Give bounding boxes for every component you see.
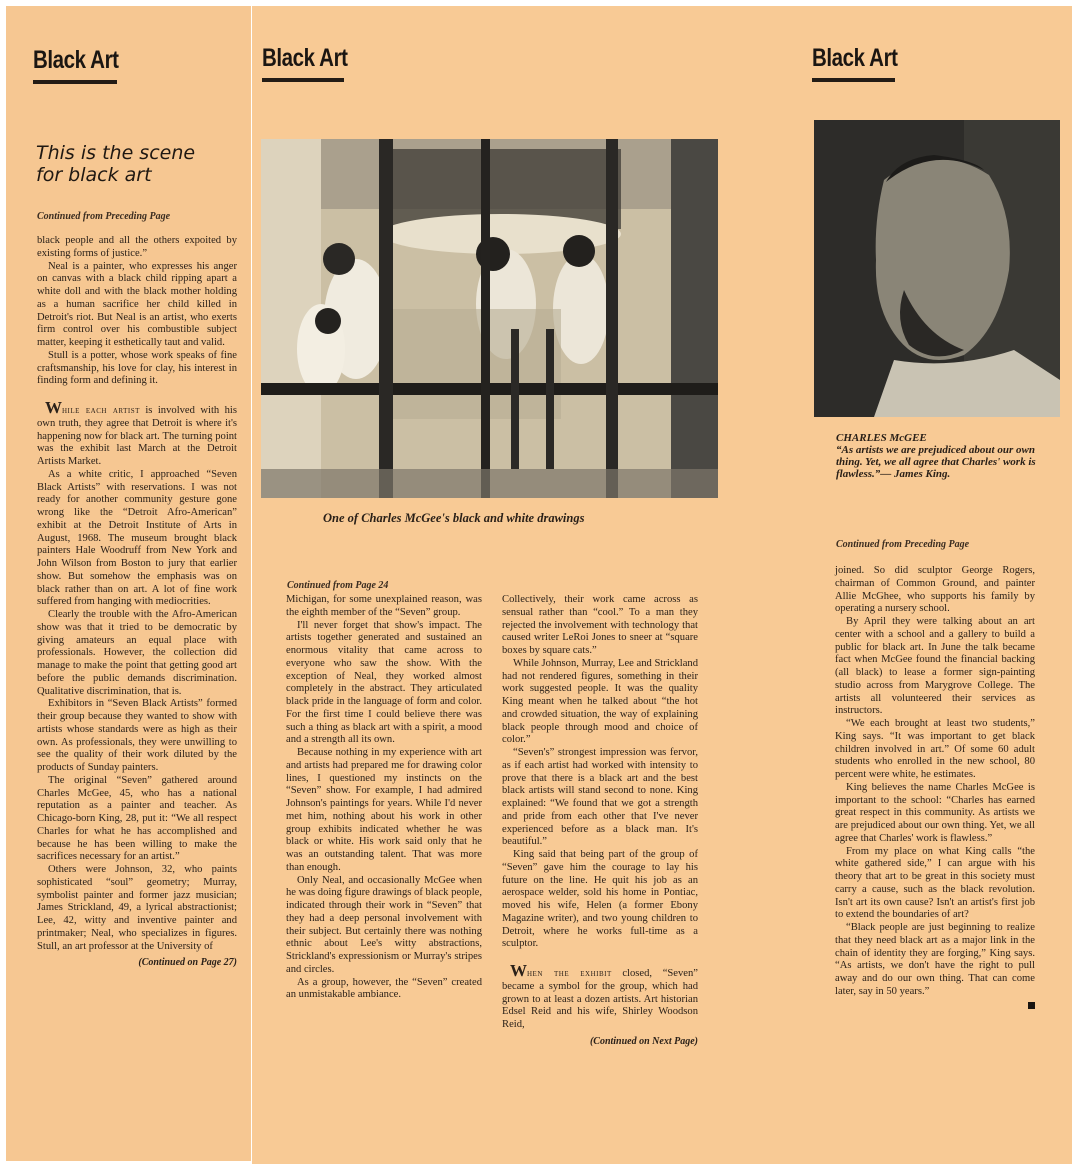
- paragraph: “Black people are just beginning to real…: [835, 922, 1035, 999]
- paragraph: King said that being part of the group o…: [502, 849, 698, 951]
- mcgee-drawing-image: [261, 139, 718, 498]
- drawing-illustration-icon: [261, 139, 718, 498]
- headline-line-2: for black art: [36, 164, 195, 186]
- paragraph: Collectively, their work came across as …: [502, 594, 698, 658]
- paragraph: From my place on what King calls “the wh…: [835, 846, 1035, 923]
- paragraph: As a white critic, I approached “Seven B…: [37, 469, 237, 609]
- section-break-paragraph: When the exhibit closed, “Seven” became …: [502, 965, 698, 1032]
- photo-caption-quote: “As artists we are prejudiced about our …: [836, 444, 1058, 480]
- paragraph: “We each brought at least two students,”…: [835, 718, 1035, 782]
- paragraph: Michigan, for some unexplained reason, w…: [286, 594, 482, 620]
- section-rule-left: [33, 80, 117, 84]
- drawing-caption: One of Charles McGee's black and white d…: [323, 511, 584, 526]
- section-label-middle: Black Art: [262, 44, 348, 73]
- paragraph: The original “Seven” gathered around Cha…: [37, 775, 237, 864]
- end-of-article-mark: [1028, 1002, 1035, 1009]
- continued-from-label-middle: Continued from Page 24: [287, 580, 388, 591]
- portrait-photo-icon: [814, 120, 1060, 417]
- continued-from-label-right: Continued from Preceding Page: [836, 539, 969, 550]
- paragraph: joined. So did sculptor George Rogers, c…: [835, 565, 1035, 616]
- small-caps-lead: hile each artist: [62, 405, 140, 416]
- paragraph: King believes the name Charles McGee is …: [835, 782, 1035, 846]
- small-caps-lead: hen the exhibit: [527, 968, 612, 979]
- headline-line-1: This is the scene: [36, 142, 195, 164]
- paragraph: Exhibitors in “Seven Black Artists” form…: [37, 698, 237, 775]
- section-label-right: Black Art: [812, 44, 898, 73]
- section-rule-middle: [262, 78, 344, 82]
- photo-caption: CHARLES McGEE “As artists we are prejudi…: [836, 432, 1058, 480]
- right-article-column: joined. So did sculptor George Rogers, c…: [835, 565, 1035, 1009]
- paragraph: As a group, however, the “Seven” created…: [286, 977, 482, 1003]
- continued-on-label: (Continued on Page 27): [37, 957, 237, 970]
- charles-mcgee-photo: [814, 120, 1060, 417]
- section-label-left: Black Art: [33, 46, 119, 75]
- section-break-paragraph: While each artist is involved with his o…: [37, 402, 237, 469]
- paragraph: Clearly the trouble with the Afro-Americ…: [37, 609, 237, 698]
- paragraph: Because nothing in my experience with ar…: [286, 747, 482, 875]
- paragraph: By April they were talking about an art …: [835, 616, 1035, 718]
- continued-from-label-left: Continued from Preceding Page: [37, 211, 170, 222]
- headline: This is the scene for black art: [36, 142, 195, 186]
- section-rule-right: [812, 78, 895, 82]
- paragraph: Only Neal, and occasionally McGee when h…: [286, 875, 482, 977]
- middle-article-column-b: Collectively, their work came across as …: [502, 594, 698, 1049]
- continued-on-label: (Continued on Next Page): [502, 1036, 698, 1049]
- middle-article-column-a: Michigan, for some unexplained reason, w…: [286, 594, 482, 1002]
- paragraph: Others were Johnson, 32, who paints soph…: [37, 864, 237, 953]
- photo-caption-name: CHARLES McGEE: [836, 432, 1058, 444]
- left-article-column: black people and all the others expoited…: [37, 235, 237, 970]
- paragraph: I'll never forget that show's impact. Th…: [286, 620, 482, 748]
- drop-cap: W: [45, 398, 62, 417]
- paragraph: black people and all the others expoited…: [37, 235, 237, 261]
- paragraph: Neal is a painter, who expresses his ang…: [37, 261, 237, 350]
- drop-cap: W: [510, 961, 527, 980]
- paragraph: While Johnson, Murray, Lee and Stricklan…: [502, 658, 698, 747]
- paragraph: “Seven's” strongest impression was fervo…: [502, 747, 698, 849]
- paragraph: Stull is a potter, whose work speaks of …: [37, 350, 237, 388]
